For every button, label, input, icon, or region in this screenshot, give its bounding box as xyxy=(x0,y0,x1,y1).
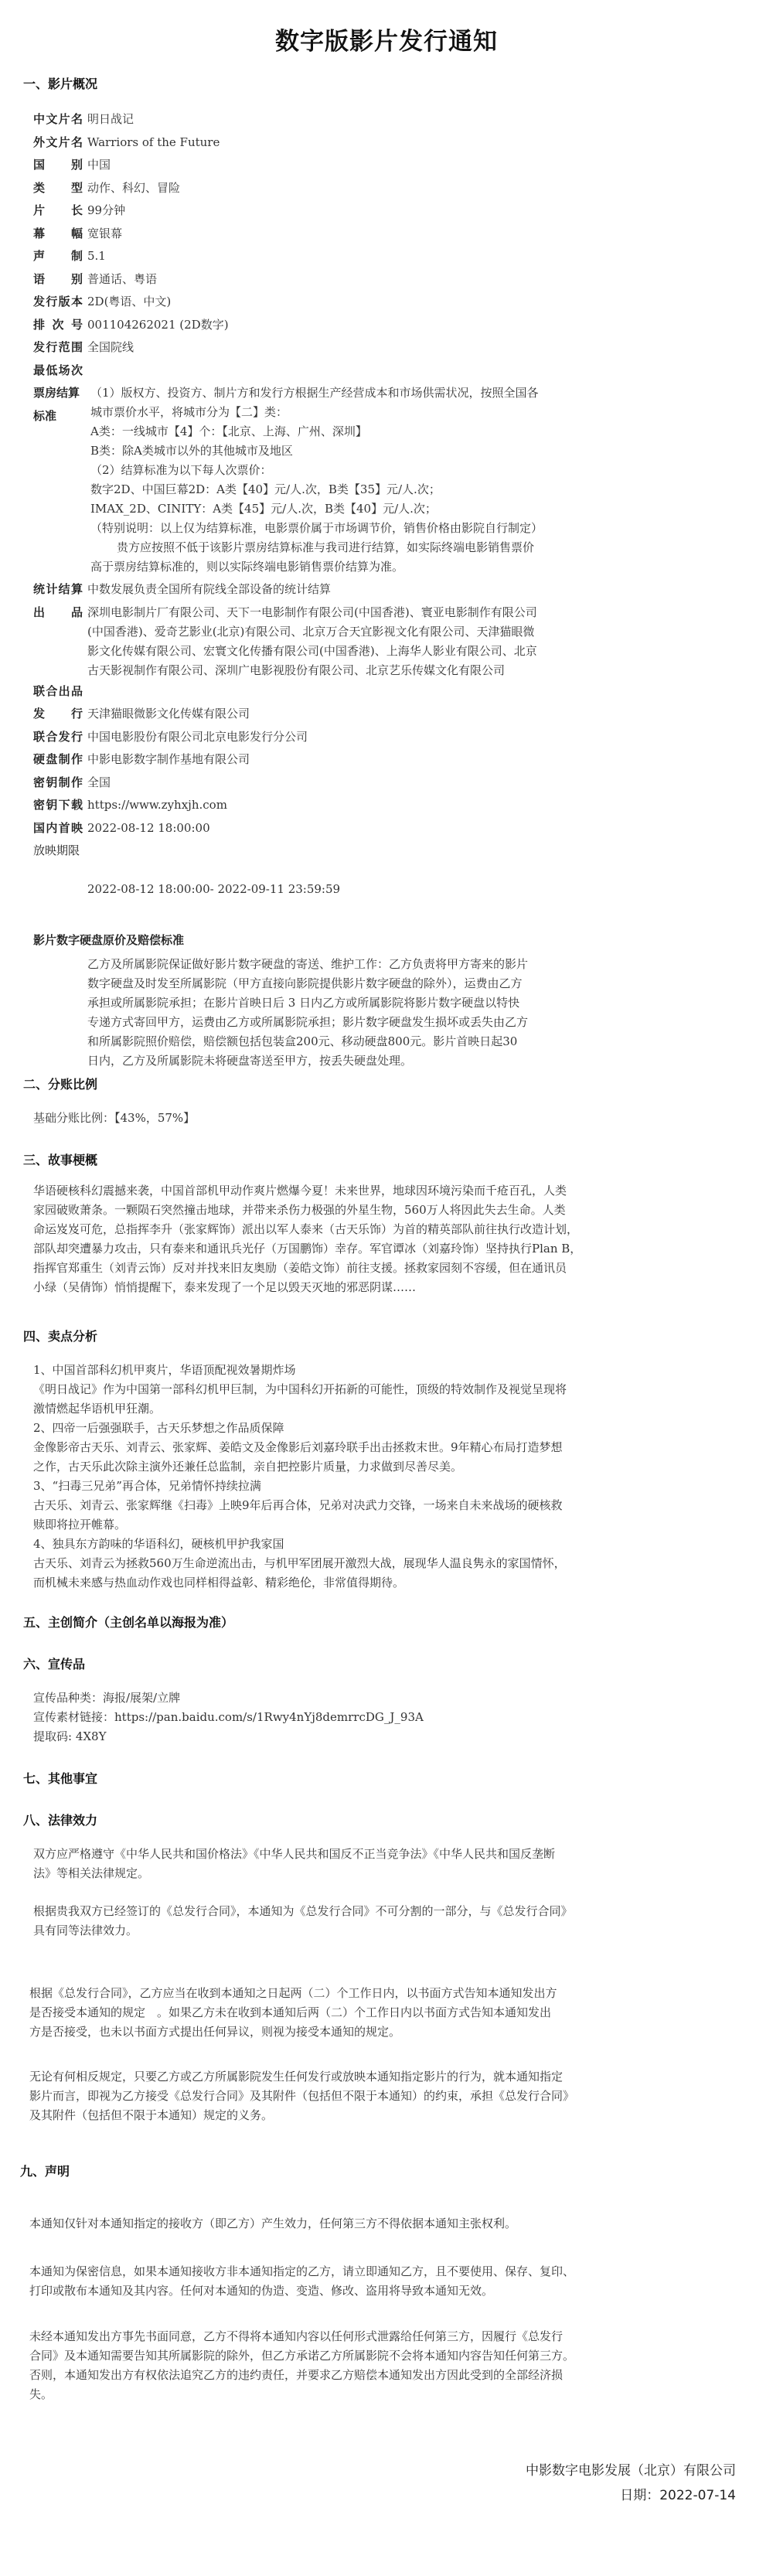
field-label: 语别 xyxy=(33,268,83,291)
producers-text: 深圳电影制片厂有限公司、天下一电影制作有限公司(中国香港)、寰亚电影制作有限公司… xyxy=(87,601,744,680)
field-row: 片长99分钟 xyxy=(33,199,744,223)
field-producers: 出品 深圳电影制片厂有限公司、天下一电影制作有限公司(中国香港)、寰亚电影制作有… xyxy=(33,601,744,680)
section-heading-other: 七、其他事宜 xyxy=(23,1769,97,1787)
field-value: 中国 xyxy=(87,154,744,177)
field-label: 放映期限 xyxy=(33,840,90,863)
field-label: 国内首映 xyxy=(33,817,83,840)
field-label: 票房结算标准 xyxy=(33,382,90,428)
field-row: 外文片名Warriors of the Future xyxy=(33,131,744,155)
synopsis-text: 华语硬核科幻震撼来袭，中国首部机甲动作爽片燃爆今夏！未来世界，地球因环境污染而千… xyxy=(33,1181,752,1297)
field-label: 发行范围 xyxy=(33,336,83,359)
field-row: 发行天津猫眼微影文化传媒有限公司 xyxy=(33,703,744,726)
field-row: 国别中国 xyxy=(33,154,744,177)
field-row: 排次号001104262021 (2D数字) xyxy=(33,314,744,337)
field-value: 全国院线 xyxy=(87,336,744,359)
field-row: 语别普通话、粤语 xyxy=(33,268,744,291)
field-row: 中文片名明日战记 xyxy=(33,108,744,131)
screening-period-value: 2022-08-12 18:00:00- 2022-09-11 23:59:59 xyxy=(87,878,744,901)
field-label: 最低场次 xyxy=(33,359,83,383)
disk-compensation-text: 乙方及所属影院保证做好影片数字硬盘的寄送、维护工作：乙方负责将甲方寄来的影片 数… xyxy=(87,955,752,1071)
issuer-company: 中影数字电影发展（北京）有限公司 xyxy=(526,2458,736,2483)
section-heading-creators: 五、主创简介（主创名单以海报为准） xyxy=(23,1613,233,1630)
field-value: https://www.zyhxjh.com xyxy=(87,794,744,817)
field-value: 动作、科幻、冒险 xyxy=(87,177,744,200)
field-value: 明日战记 xyxy=(87,108,744,131)
field-label: 类型 xyxy=(33,177,83,200)
promo-link[interactable]: 宣传素材链接：https://pan.baidu.com/s/1Rwy4nYj8… xyxy=(33,1708,424,1727)
field-value: 宽银幕 xyxy=(87,223,744,246)
field-value: 99分钟 xyxy=(87,199,744,223)
field-label: 硬盘制作 xyxy=(33,748,83,772)
field-row: 类型动作、科幻、冒险 xyxy=(33,177,744,200)
field-value: 2D(粤语、中文) xyxy=(87,291,744,314)
legal-para-3: 根据《总发行合同》，乙方应当在收到本通知之日起两（二）个工作日内，以书面方式告知… xyxy=(29,1984,752,2042)
section-heading-promo: 六、宣传品 xyxy=(23,1654,85,1672)
field-label: 联合出品 xyxy=(33,680,83,704)
field-value: 普通话、粤语 xyxy=(87,268,744,291)
field-box-office-standard: 票房结算标准 （1）版权方、投资方、制片方和发行方根据生产经营成本和市场供需状况… xyxy=(33,382,744,577)
legal-para-2: 根据贵我双方已经签订的《总发行合同》，本通知为《总发行合同》不可分割的一部分，与… xyxy=(33,1902,752,1941)
field-row: 发行范围全国院线 xyxy=(33,336,744,359)
revenue-share-text: 基础分账比例：【43%，57%】 xyxy=(33,1109,195,1128)
legal-para-1: 双方应严格遵守《中华人民共和国价格法》《中华人民共和国反不正当竞争法》《中华人民… xyxy=(33,1845,752,1883)
field-value: 001104262021 (2D数字) xyxy=(87,314,744,337)
section-heading-revenue-share: 二、分账比例 xyxy=(23,1075,97,1092)
notice-page: 数字版影片发行通知 一、影片概况 中文片名明日战记外文片名Warriors of… xyxy=(0,0,773,2576)
field-value: 中影电影数字制作基地有限公司 xyxy=(87,748,744,772)
promo-text: 宣传品种类：海报/展架/立牌 宣传素材链接：https://pan.baidu.… xyxy=(33,1688,424,1746)
signature-block: 中影数字电影发展（北京）有限公司 日期：2022-07-14 xyxy=(526,2458,736,2508)
field-value: 中数发展负责全国所有院线全部设备的统计结算 xyxy=(87,578,744,601)
section-heading-synopsis: 三、故事梗概 xyxy=(23,1150,97,1168)
field-label: 片长 xyxy=(33,199,83,223)
field-row: 声制5.1 xyxy=(33,245,744,268)
field-label: 统计结算 xyxy=(33,578,83,601)
disk-compensation-heading: 影片数字硬盘原价及赔偿标准 xyxy=(33,932,184,948)
field-label: 出品 xyxy=(33,601,83,625)
field-label: 国别 xyxy=(33,154,83,177)
field-value: Warriors of the Future xyxy=(87,131,744,155)
field-settlement: 统计结算 中数发展负责全国所有院线全部设备的统计结算 xyxy=(33,578,744,601)
field-label: 发行 xyxy=(33,703,83,726)
field-label: 幕幅 xyxy=(33,223,83,246)
field-label: 声制 xyxy=(33,245,83,268)
field-row: 密钥制作全国 xyxy=(33,772,744,795)
field-row: 联合出品 xyxy=(33,680,744,704)
field-label: 密钥下载 xyxy=(33,794,83,817)
field-row: 硬盘制作中影电影数字制作基地有限公司 xyxy=(33,748,744,772)
statement-para-1: 本通知仅针对本通知指定的接收方（即乙方）产生效力，任何第三方不得依据本通知主张权… xyxy=(29,2214,752,2234)
field-value: 中国电影股份有限公司北京电影发行分公司 xyxy=(87,726,744,749)
legal-para-4: 无论有何相反规定，只要乙方或乙方所属影院发生任何发行或放映本通知指定影片的行为，… xyxy=(29,2067,752,2125)
issue-date: 日期：2022-07-14 xyxy=(526,2483,736,2508)
statement-para-3: 未经本通知发出方事先书面同意，乙方不得将本通知内容以任何形式泄露给任何第三方，因… xyxy=(29,2327,752,2404)
field-label: 发行版本 xyxy=(33,291,83,314)
field-row: 发行版本2D(粤语、中文) xyxy=(33,291,744,314)
field-label: 中文片名 xyxy=(33,108,83,131)
field-value: 天津猫眼微影文化传媒有限公司 xyxy=(87,703,744,726)
field-value: 2022-08-12 18:00:00 xyxy=(87,817,744,840)
document-title: 数字版影片发行通知 xyxy=(0,22,773,56)
section-heading-legal: 八、法律效力 xyxy=(23,1811,97,1828)
field-row: 最低场次 xyxy=(33,359,744,383)
field-screening-period: 2022-08-12 18:00:00- 2022-09-11 23:59:59 xyxy=(33,878,744,901)
field-row: 国内首映2022-08-12 18:00:00 xyxy=(33,817,744,840)
section-heading-overview: 一、影片概况 xyxy=(23,74,97,92)
field-row: 联合发行中国电影股份有限公司北京电影发行分公司 xyxy=(33,726,744,749)
section-heading-statement: 九、声明 xyxy=(20,2162,70,2179)
selling-points-text: 1、中国首部科幻机甲爽片，华语顶配视效暑期炸场 《明日战记》作为中国第一部科幻机… xyxy=(33,1361,752,1593)
field-label: 密钥制作 xyxy=(33,772,83,795)
box-office-standard-text: （1）版权方、投资方、制片方和发行方根据生产经营成本和市场供需状况，按照全国各 … xyxy=(90,382,744,577)
section-heading-selling-points: 四、卖点分析 xyxy=(23,1327,97,1344)
field-row: 密钥下载https://www.zyhxjh.com xyxy=(33,794,744,817)
statement-para-2: 本通知为保密信息，如果本通知接收方非本通知指定的乙方，请立即通知乙方，且不要使用… xyxy=(29,2262,752,2301)
field-row: 幕幅宽银幕 xyxy=(33,223,744,246)
field-screening-period-label: 放映期限 xyxy=(33,840,744,863)
field-value: 5.1 xyxy=(87,245,744,268)
field-label: 外文片名 xyxy=(33,131,83,155)
field-value: 全国 xyxy=(87,772,744,795)
film-info-table: 中文片名明日战记外文片名Warriors of the Future国别中国类型… xyxy=(33,108,744,901)
field-label: 联合发行 xyxy=(33,726,83,749)
field-label: 排次号 xyxy=(33,314,83,337)
